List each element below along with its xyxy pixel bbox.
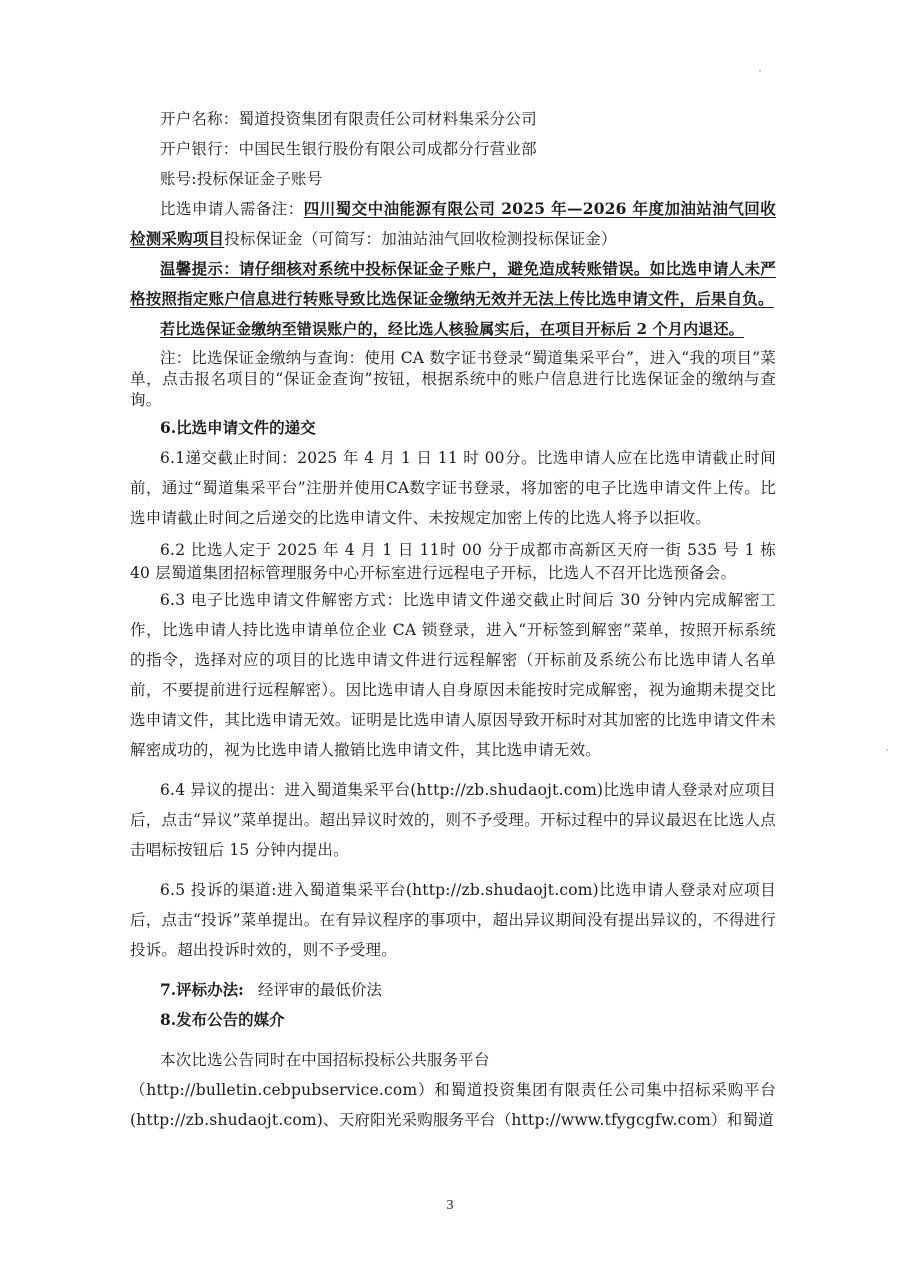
account-bank-value: 中国民生银行股份有限公司成都分行营业部 (239, 140, 537, 158)
section-6-2-paragraph: 6.2 比选人定于 2025 年 4 月 1 日 11时 00 分于成都市高新区… (130, 539, 776, 585)
scan-speck (886, 749, 888, 751)
remark-label: 比选申请人需备注： (160, 200, 304, 218)
section-6-1-paragraph: 6.1递交截止时间：2025 年 4 月 1 日 11 时 00分。比选申请人应… (130, 443, 776, 533)
section-8-paragraph-1: 本次比选公告同时在中国招标投标公共服务平台 (130, 1045, 776, 1075)
account-number-line: 账号:投标保证金子账号 (130, 164, 776, 194)
account-bank-label: 开户银行： (160, 140, 239, 158)
account-number-value: 投标保证金子账号 (197, 170, 323, 188)
section-7-value: 经评审的最低价法 (258, 981, 382, 999)
section-6-heading: 6.比选申请文件的递交 (130, 413, 776, 443)
section-6-4-paragraph: 6.4 异议的提出：进入蜀道集采平台(http://zb.shudaojt.co… (130, 775, 776, 865)
remark-paragraph: 比选申请人需备注：四川蜀交中油能源有限公司 2025 年—2026 年度加油站油… (130, 194, 776, 254)
remark-suffix: 投标保证金（可简写：加油站油气回收检测投标保证金） (224, 230, 617, 248)
section-7-line: 7.评标办法:经评审的最低价法 (130, 975, 776, 1005)
warning-paragraph: 温馨提示：请仔细核对系统中投标保证金子账户，避免造成转账错误。如比选申请人未严格… (130, 254, 776, 314)
section-7-heading: 7.评标办法: (160, 980, 244, 999)
account-bank-line: 开户银行：中国民生银行股份有限公司成都分行营业部 (130, 134, 776, 164)
section-6-5-paragraph: 6.5 投诉的渠道:进入蜀道集采平台(http://zb.shudaojt.co… (130, 875, 776, 965)
section-8-heading: 8.发布公告的媒介 (130, 1005, 776, 1035)
account-name-line: 开户名称：蜀道投资集团有限责任公司材料集采分公司 (130, 104, 776, 134)
account-name-value: 蜀道投资集团有限责任公司材料集采分公司 (239, 110, 537, 128)
account-number-label: 账号: (160, 170, 197, 188)
section-6-3-paragraph: 6.3 电子比选申请文件解密方式：比选申请文件递交截止时间后 30 分钟内完成解… (130, 585, 776, 765)
section-8-paragraph-2: （http://bulletin.cebpubservice.com）和蜀道投资… (130, 1075, 776, 1135)
document-page: 开户名称：蜀道投资集团有限责任公司材料集采分公司 开户银行：中国民生银行股份有限… (130, 104, 776, 1135)
refund-paragraph: 若比选保证金缴纳至错误账户的，经比选人核验属实后，在项目开标后 2 个月内退还。 (130, 314, 776, 344)
scan-speck (759, 70, 761, 72)
account-name-label: 开户名称： (160, 110, 239, 128)
page-number: 3 (0, 1198, 900, 1214)
note-paragraph: 注：比选保证金缴纳与查询：使用 CA 数字证书登录“蜀道集采平台”，进入“我的项… (130, 348, 776, 411)
